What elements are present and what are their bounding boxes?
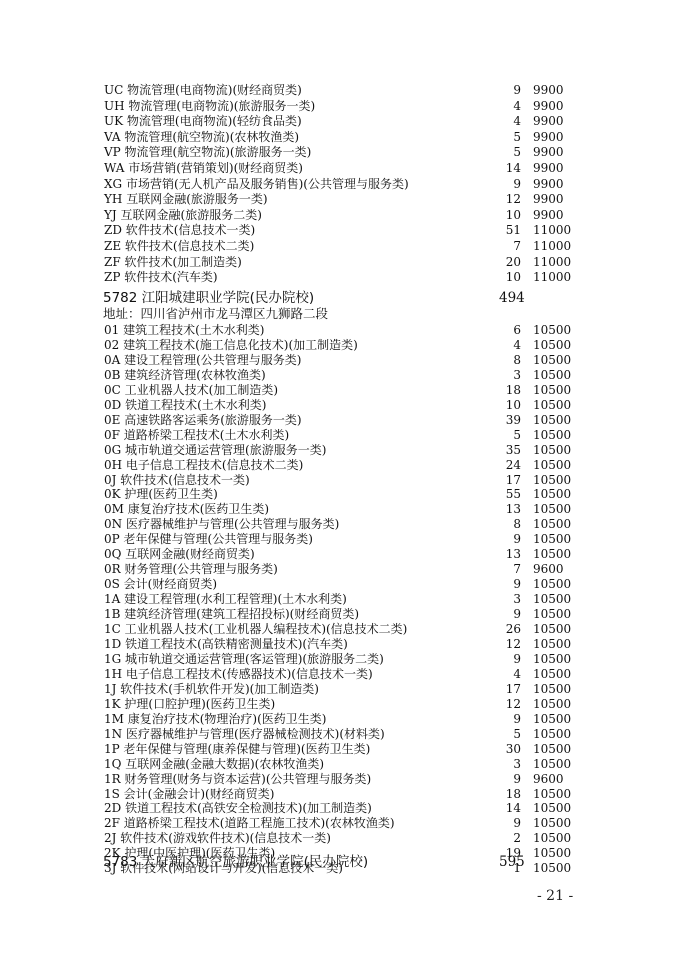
- program-row: 1K 护理(口腔护理)(医药卫生类)1210500: [104, 696, 574, 712]
- program-count: 7: [481, 561, 521, 577]
- program-name: 1D 铁道工程技术(高铁精密测量技术)(汽车类): [104, 636, 348, 652]
- program-fee: 10500: [533, 546, 571, 562]
- program-name: UH 物流管理(电商物流)(旅游服务一类): [104, 98, 315, 114]
- program-count: 20: [481, 254, 521, 270]
- program-row: 0C 工业机器人技术(加工制造类)1810500: [104, 382, 574, 398]
- program-count: 5: [481, 427, 521, 443]
- program-name: 0M 康复治疗技术(医药卫生类): [104, 501, 269, 517]
- program-fee: 10500: [533, 756, 571, 772]
- program-fee: 10500: [533, 486, 571, 502]
- program-fee: 9900: [533, 129, 564, 145]
- program-count: 35: [481, 442, 521, 458]
- program-count: 13: [481, 546, 521, 562]
- program-name: 2J 软件技术(游戏软件技术)(信息技术一类): [104, 830, 331, 846]
- program-count: 10: [481, 397, 521, 413]
- program-row: 0D 铁道工程技术(土木水利类)1010500: [104, 397, 574, 413]
- program-row: 1P 老年保健与管理(康养保健与管理)(医药卫生类)3010500: [104, 741, 574, 757]
- program-row: 1R 财务管理(财务与资本运营)(公共管理与服务类)99600: [104, 771, 574, 787]
- program-count: 3: [481, 591, 521, 607]
- program-fee: 10500: [533, 726, 571, 742]
- program-count: 5: [481, 129, 521, 145]
- program-row: 0B 建筑经济管理(农林牧渔类)310500: [104, 367, 574, 383]
- program-row: YJ 互联网金融(旅游服务二类)109900: [104, 207, 574, 223]
- program-count: 8: [481, 516, 521, 532]
- school-title: 5783 天府新区航空旅游职业学院(民办院校): [103, 853, 368, 871]
- program-fee: 9900: [533, 191, 564, 207]
- program-name: WA 市场营销(营销策划)(财经商贸类): [104, 160, 303, 176]
- program-count: 9: [481, 606, 521, 622]
- program-name: 1N 医疗器械维护与管理(医疗器械检测技术)(材料类): [104, 726, 385, 742]
- program-name: 0F 道路桥梁工程技术(土木水利类): [104, 427, 289, 443]
- program-count: 9: [481, 771, 521, 787]
- program-count: 17: [481, 681, 521, 697]
- program-fee: 11000: [533, 238, 571, 254]
- program-fee: 10500: [533, 681, 571, 697]
- program-row: 0A 建设工程管理(公共管理与服务类)810500: [104, 352, 574, 368]
- program-fee: 10500: [533, 830, 571, 846]
- program-count: 30: [481, 741, 521, 757]
- program-name: 1K 护理(口腔护理)(医药卫生类): [104, 696, 275, 712]
- school-address: 地址：四川省泸州市龙马潭区九狮路二段: [103, 306, 328, 322]
- program-row: 1G 城市轨道交通运营管理(客运管理)(旅游服务二类)910500: [104, 651, 574, 667]
- program-fee: 11000: [533, 254, 571, 270]
- program-count: 18: [481, 382, 521, 398]
- program-fee: 10500: [533, 382, 571, 398]
- program-row: 1S 会计(金融会计)(财经商贸类)1810500: [104, 786, 574, 802]
- program-name: ZE 软件技术(信息技术二类): [104, 238, 254, 254]
- program-name: 1G 城市轨道交通运营管理(客运管理)(旅游服务二类): [104, 651, 384, 667]
- program-row: VA 物流管理(航空物流)(农林牧渔类)59900: [104, 129, 574, 145]
- program-count: 12: [481, 696, 521, 712]
- program-row: ZP 软件技术(汽车类)1011000: [104, 269, 574, 285]
- program-row: 0J 软件技术(信息技术一类)1710500: [104, 472, 574, 488]
- program-row: ZD 软件技术(信息技术一类)5111000: [104, 222, 574, 238]
- program-name: 1C 工业机器人技术(工业机器人编程技术)(信息技术二类): [104, 621, 407, 637]
- program-count: 9: [481, 711, 521, 727]
- program-name: 0B 建筑经济管理(农林牧渔类): [104, 367, 266, 383]
- program-fee: 9900: [533, 82, 564, 98]
- school-title: 5782 江阳城建职业学院(民办院校): [103, 289, 314, 307]
- program-row: 1J 软件技术(手机软件开发)(加工制造类)1710500: [104, 681, 574, 697]
- program-name: 1M 康复治疗技术(物理治疗)(医药卫生类): [104, 711, 326, 727]
- program-count: 51: [481, 222, 521, 238]
- program-count: 12: [481, 636, 521, 652]
- program-row: 0N 医疗器械维护与管理(公共管理与服务类)810500: [104, 516, 574, 532]
- school-total: 595: [499, 853, 525, 871]
- program-name: YJ 互联网金融(旅游服务二类): [104, 207, 262, 223]
- program-name: YH 互联网金融(旅游服务一类): [104, 191, 268, 207]
- program-name: 0S 会计(财经商贸类): [104, 576, 217, 592]
- program-row: 0G 城市轨道交通运营管理(旅游服务一类)3510500: [104, 442, 574, 458]
- program-row: ZE 软件技术(信息技术二类)711000: [104, 238, 574, 254]
- program-name: 0G 城市轨道交通运营管理(旅游服务一类): [104, 442, 326, 458]
- program-fee: 10500: [533, 621, 571, 637]
- program-fee: 10500: [533, 472, 571, 488]
- program-count: 9: [481, 176, 521, 192]
- program-name: VA 物流管理(航空物流)(农林牧渔类): [104, 129, 299, 145]
- program-count: 7: [481, 238, 521, 254]
- program-name: 1R 财务管理(财务与资本运营)(公共管理与服务类): [104, 771, 371, 787]
- program-fee: 10500: [533, 786, 571, 802]
- program-fee: 10500: [533, 516, 571, 532]
- program-row: 0R 财务管理(公共管理与服务类)79600: [104, 561, 574, 577]
- program-name: 0A 建设工程管理(公共管理与服务类): [104, 352, 301, 368]
- program-name: 2F 道路桥梁工程技术(道路工程施工技术)(农林牧渔类): [104, 815, 395, 831]
- program-row: 2J 软件技术(游戏软件技术)(信息技术一类)210500: [104, 830, 574, 846]
- program-count: 14: [481, 160, 521, 176]
- program-name: 0R 财务管理(公共管理与服务类): [104, 561, 278, 577]
- program-row: UC 物流管理(电商物流)(财经商贸类)99900: [104, 82, 574, 98]
- program-row: VP 物流管理(航空物流)(旅游服务一类)59900: [104, 144, 574, 160]
- program-fee: 10500: [533, 337, 571, 353]
- program-count: 18: [481, 786, 521, 802]
- program-row: 2F 道路桥梁工程技术(道路工程施工技术)(农林牧渔类)910500: [104, 815, 574, 831]
- program-count: 3: [481, 756, 521, 772]
- program-row: WA 市场营销(营销策划)(财经商贸类)149900: [104, 160, 574, 176]
- program-fee: 10500: [533, 367, 571, 383]
- program-fee: 10500: [533, 591, 571, 607]
- program-fee: 10500: [533, 711, 571, 727]
- program-name: 0D 铁道工程技术(土木水利类): [104, 397, 266, 413]
- program-fee: 9900: [533, 98, 564, 114]
- program-name: 02 建筑工程技术(施工信息化技术)(加工制造类): [104, 337, 358, 353]
- program-fee: 10500: [533, 666, 571, 682]
- program-name: 1J 软件技术(手机软件开发)(加工制造类): [104, 681, 319, 697]
- program-row: 1M 康复治疗技术(物理治疗)(医药卫生类)910500: [104, 711, 574, 727]
- program-row: 02 建筑工程技术(施工信息化技术)(加工制造类)410500: [104, 337, 574, 353]
- program-fee: 10500: [533, 531, 571, 547]
- school-header: 5782 江阳城建职业学院(民办院校) 494: [103, 289, 573, 307]
- program-fee: 10500: [533, 636, 571, 652]
- program-fee: 10500: [533, 442, 571, 458]
- program-fee: 9600: [533, 561, 564, 577]
- program-fee: 9900: [533, 207, 564, 223]
- program-count: 5: [481, 726, 521, 742]
- page-number: - 21 -: [537, 888, 573, 904]
- program-count: 6: [481, 322, 521, 338]
- program-count: 13: [481, 501, 521, 517]
- program-row: 0H 电子信息工程技术(信息技术二类)2410500: [104, 457, 574, 473]
- program-count: 12: [481, 191, 521, 207]
- program-count: 9: [481, 531, 521, 547]
- program-row: 0M 康复治疗技术(医药卫生类)1310500: [104, 501, 574, 517]
- program-name: 0N 医疗器械维护与管理(公共管理与服务类): [104, 516, 339, 532]
- program-name: 0Q 互联网金融(财经商贸类): [104, 546, 255, 562]
- program-fee: 10500: [533, 741, 571, 757]
- program-row: 0P 老年保健与管理(公共管理与服务类)910500: [104, 531, 574, 547]
- program-count: 9: [481, 576, 521, 592]
- program-name: 1S 会计(金融会计)(财经商贸类): [104, 786, 274, 802]
- program-row: XG 市场营销(无人机产品及服务销售)(公共管理与服务类)99900: [104, 176, 574, 192]
- program-name: 1P 老年保健与管理(康养保健与管理)(医药卫生类): [104, 741, 370, 757]
- program-count: 9: [481, 651, 521, 667]
- program-fee: 10500: [533, 427, 571, 443]
- program-fee: 10500: [533, 457, 571, 473]
- program-count: 9: [481, 82, 521, 98]
- program-fee: 10500: [533, 800, 571, 816]
- program-count: 17: [481, 472, 521, 488]
- program-count: 4: [481, 666, 521, 682]
- program-row: 1Q 互联网金融(金融大数据)(农林牧渔类)310500: [104, 756, 574, 772]
- program-row: ZF 软件技术(加工制造类)2011000: [104, 254, 574, 270]
- school-total: 494: [499, 289, 525, 307]
- program-fee: 10500: [533, 815, 571, 831]
- program-row: 0F 道路桥梁工程技术(土木水利类)510500: [104, 427, 574, 443]
- program-name: 0K 护理(医药卫生类): [104, 486, 218, 502]
- program-name: VP 物流管理(航空物流)(旅游服务一类): [104, 144, 311, 160]
- program-count: 39: [481, 412, 521, 428]
- program-fee: 10500: [533, 352, 571, 368]
- program-fee: 9900: [533, 176, 564, 192]
- program-count: 2: [481, 830, 521, 846]
- program-name: ZP 软件技术(汽车类): [104, 269, 218, 285]
- program-count: 26: [481, 621, 521, 637]
- program-count: 24: [481, 457, 521, 473]
- program-row: YH 互联网金融(旅游服务一类)129900: [104, 191, 574, 207]
- program-row: 1C 工业机器人技术(工业机器人编程技术)(信息技术二类)2610500: [104, 621, 574, 637]
- program-row: 0Q 互联网金融(财经商贸类)1310500: [104, 546, 574, 562]
- program-name: 1H 电子信息工程技术(传感器技术)(信息技术一类): [104, 666, 373, 682]
- program-fee: 10500: [533, 501, 571, 517]
- program-fee: 11000: [533, 222, 571, 238]
- program-fee: 10500: [533, 651, 571, 667]
- program-name: 01 建筑工程技术(土木水利类): [104, 322, 264, 338]
- program-count: 14: [481, 800, 521, 816]
- program-name: 0E 高速铁路客运乘务(旅游服务一类): [104, 412, 302, 428]
- program-row: 0K 护理(医药卫生类)5510500: [104, 486, 574, 502]
- program-name: XG 市场营销(无人机产品及服务销售)(公共管理与服务类): [104, 176, 409, 192]
- program-count: 4: [481, 113, 521, 129]
- program-name: 2D 铁道工程技术(高铁安全检测技术)(加工制造类): [104, 800, 372, 816]
- program-count: 10: [481, 269, 521, 285]
- program-name: 0C 工业机器人技术(加工制造类): [104, 382, 278, 398]
- program-name: 0J 软件技术(信息技术一类): [104, 472, 250, 488]
- program-fee: 9900: [533, 160, 564, 176]
- program-fee: 10500: [533, 322, 571, 338]
- program-name: 0H 电子信息工程技术(信息技术二类): [104, 457, 303, 473]
- program-name: ZD 软件技术(信息技术一类): [104, 222, 255, 238]
- program-row: 0E 高速铁路客运乘务(旅游服务一类)3910500: [104, 412, 574, 428]
- program-fee: 9900: [533, 144, 564, 160]
- program-name: UK 物流管理(电商物流)(轻纺食品类): [104, 113, 302, 129]
- program-row: 1D 铁道工程技术(高铁精密测量技术)(汽车类)1210500: [104, 636, 574, 652]
- program-row: 1H 电子信息工程技术(传感器技术)(信息技术一类)410500: [104, 666, 574, 682]
- program-fee: 9900: [533, 113, 564, 129]
- program-fee: 11000: [533, 269, 571, 285]
- program-count: 4: [481, 98, 521, 114]
- program-name: 1B 建筑经济管理(建筑工程招投标)(财经商贸类): [104, 606, 359, 622]
- program-count: 55: [481, 486, 521, 502]
- program-row: 1A 建设工程管理(水利工程管理)(土木水利类)310500: [104, 591, 574, 607]
- program-fee: 10500: [533, 412, 571, 428]
- program-row: UK 物流管理(电商物流)(轻纺食品类)49900: [104, 113, 574, 129]
- program-row: 1N 医疗器械维护与管理(医疗器械检测技术)(材料类)510500: [104, 726, 574, 742]
- document-page: UC 物流管理(电商物流)(财经商贸类)99900 UH 物流管理(电商物流)(…: [0, 0, 680, 962]
- program-name: 0P 老年保健与管理(公共管理与服务类): [104, 531, 313, 547]
- program-count: 9: [481, 815, 521, 831]
- program-row: 01 建筑工程技术(土木水利类)610500: [104, 322, 574, 338]
- program-count: 10: [481, 207, 521, 223]
- program-name: 1Q 互联网金融(金融大数据)(农林牧渔类): [104, 756, 324, 772]
- program-count: 5: [481, 144, 521, 160]
- school-header: 5783 天府新区航空旅游职业学院(民办院校) 595: [103, 853, 573, 871]
- program-fee: 9600: [533, 771, 564, 787]
- program-count: 3: [481, 367, 521, 383]
- program-fee: 10500: [533, 696, 571, 712]
- program-name: ZF 软件技术(加工制造类): [104, 254, 242, 270]
- program-name: UC 物流管理(电商物流)(财经商贸类): [104, 82, 302, 98]
- program-count: 8: [481, 352, 521, 368]
- program-fee: 10500: [533, 606, 571, 622]
- program-row: 1B 建筑经济管理(建筑工程招投标)(财经商贸类)910500: [104, 606, 574, 622]
- program-name: 1A 建设工程管理(水利工程管理)(土木水利类): [104, 591, 347, 607]
- program-row: UH 物流管理(电商物流)(旅游服务一类)49900: [104, 98, 574, 114]
- program-fee: 10500: [533, 576, 571, 592]
- program-row: 0S 会计(财经商贸类)910500: [104, 576, 574, 592]
- program-fee: 10500: [533, 397, 571, 413]
- program-count: 4: [481, 337, 521, 353]
- program-row: 2D 铁道工程技术(高铁安全检测技术)(加工制造类)1410500: [104, 800, 574, 816]
